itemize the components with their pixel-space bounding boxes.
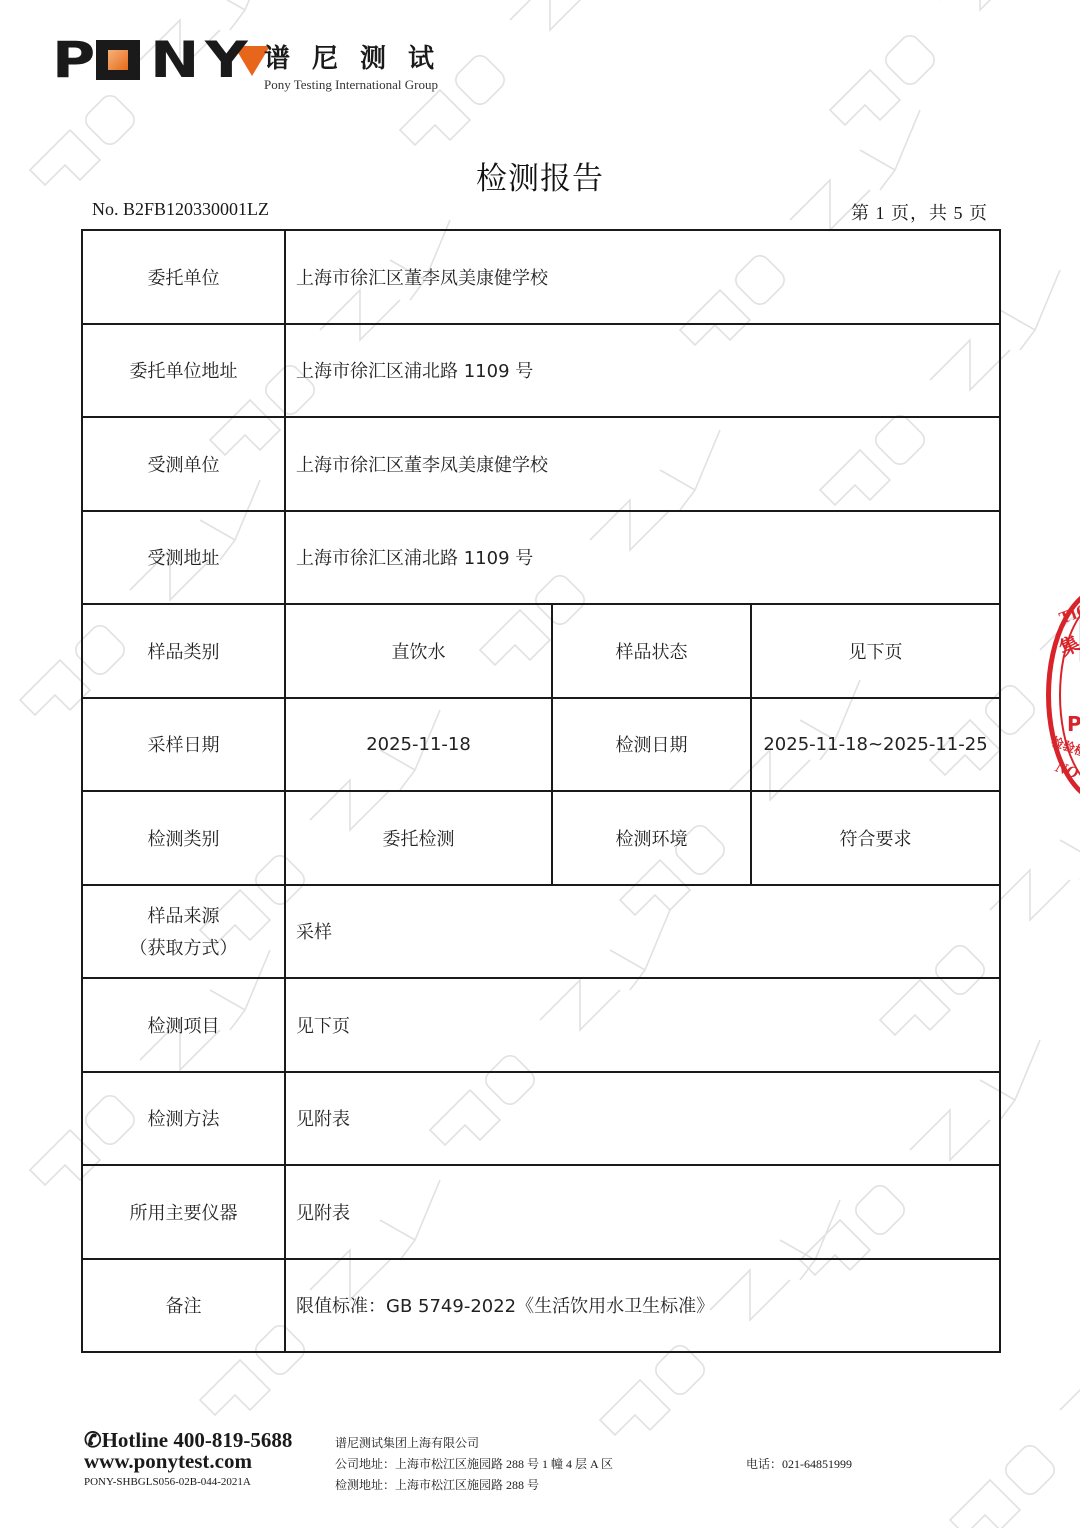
document-code: PONY-SHBGLS056-02B-044-2021A: [84, 1476, 251, 1488]
table-row: 检测项目 见下页: [82, 978, 1000, 1072]
logo-chinese-name: 谱尼测试: [264, 38, 456, 75]
field-label: 受测单位: [82, 417, 285, 511]
field-value: 见附表: [285, 1072, 1000, 1166]
field-label: 委托单位地址: [82, 324, 285, 418]
official-seal-stamp: TIO 集 P 检验检 NO: [1046, 585, 1080, 805]
table-row: 样品类别 直饮水 样品状态 见下页: [82, 604, 1000, 698]
table-row: 受测地址 上海市徐汇区浦北路 1109 号: [82, 511, 1000, 605]
logo-text-block: 谱尼测试 Pony Testing International Group: [264, 38, 456, 93]
field-label: 委托单位: [82, 230, 285, 324]
field-value: 上海市徐汇区浦北路 1109 号: [285, 511, 1000, 605]
table-row: 检测方法 见附表: [82, 1072, 1000, 1166]
field-label: 备注: [82, 1259, 285, 1353]
field-value: 直饮水: [285, 604, 552, 698]
report-info-table: 委托单位 上海市徐汇区董李凤美康健学校 委托单位地址 上海市徐汇区浦北路 110…: [81, 229, 1001, 1353]
field-label: 检测环境: [552, 791, 751, 885]
field-value: 委托检测: [285, 791, 552, 885]
table-row: 采样日期 2025-11-18 检测日期 2025-11-18~2025-11-…: [82, 698, 1000, 792]
table-row: 样品来源 （获取方式） 采样: [82, 885, 1000, 979]
logo-english-name: Pony Testing International Group: [264, 77, 456, 93]
field-label-line2: （获取方式）: [84, 934, 283, 960]
field-label: 受测地址: [82, 511, 285, 605]
field-label-line1: 样品来源: [84, 902, 283, 928]
field-label: 所用主要仪器: [82, 1165, 285, 1259]
field-label: 采样日期: [82, 698, 285, 792]
lab-address: 检测地址：上海市松江区施园路 288 号: [335, 1476, 539, 1493]
field-value: 见下页: [751, 604, 1000, 698]
company-name: 谱尼测试集团上海有限公司: [335, 1434, 479, 1451]
field-value: 上海市徐汇区董李凤美康健学校: [285, 417, 1000, 511]
field-value: 限值标准：GB 5749-2022《生活饮用水卫生标准》: [285, 1259, 1000, 1353]
page-indicator: 第 1 页，共 5 页: [851, 199, 988, 225]
field-value: 见下页: [285, 978, 1000, 1072]
field-value: 符合要求: [751, 791, 1000, 885]
table-row: 所用主要仪器 见附表: [82, 1165, 1000, 1259]
seal-text-p: P: [1067, 712, 1080, 736]
field-value: 上海市徐汇区浦北路 1109 号: [285, 324, 1000, 418]
field-value: 2025-11-18~2025-11-25: [751, 698, 1000, 792]
field-value: 见附表: [285, 1165, 1000, 1259]
logo-letter-y: Y: [205, 38, 247, 82]
field-label: 样品状态: [552, 604, 751, 698]
company-address: 公司地址：上海市松江区施园路 288 号 1 幢 4 层 A 区: [335, 1455, 613, 1472]
field-label: 检测日期: [552, 698, 751, 792]
field-label: 样品类别: [82, 604, 285, 698]
logo-o-square-icon: [96, 40, 140, 80]
logo-letter-p: P: [52, 38, 94, 82]
table-row: 受测单位 上海市徐汇区董李凤美康健学校: [82, 417, 1000, 511]
report-number: No. B2FB120330001LZ: [92, 199, 269, 220]
table-row: 检测类别 委托检测 检测环境 符合要求: [82, 791, 1000, 885]
report-title: 检测报告: [0, 153, 1080, 198]
field-label: 检测项目: [82, 978, 285, 1072]
field-value: 2025-11-18: [285, 698, 552, 792]
table-row: 备注 限值标准：GB 5749-2022《生活饮用水卫生标准》: [82, 1259, 1000, 1353]
field-label: 样品来源 （获取方式）: [82, 885, 285, 979]
table-row: 委托单位 上海市徐汇区董李凤美康健学校: [82, 230, 1000, 324]
logo-wordmark: P N Y: [52, 38, 270, 82]
field-label: 检测类别: [82, 791, 285, 885]
pony-logo: P N Y 谱尼测试 Pony Testing International Gr…: [52, 38, 270, 86]
field-label: 检测方法: [82, 1072, 285, 1166]
logo-letter-n: N: [150, 38, 198, 82]
website-link[interactable]: www.ponytest.com: [84, 1449, 252, 1474]
table-row: 委托单位地址 上海市徐汇区浦北路 1109 号: [82, 324, 1000, 418]
phone-number: 电话：021-64851999: [746, 1455, 852, 1472]
field-value: 上海市徐汇区董李凤美康健学校: [285, 230, 1000, 324]
field-value: 采样: [285, 885, 1000, 979]
